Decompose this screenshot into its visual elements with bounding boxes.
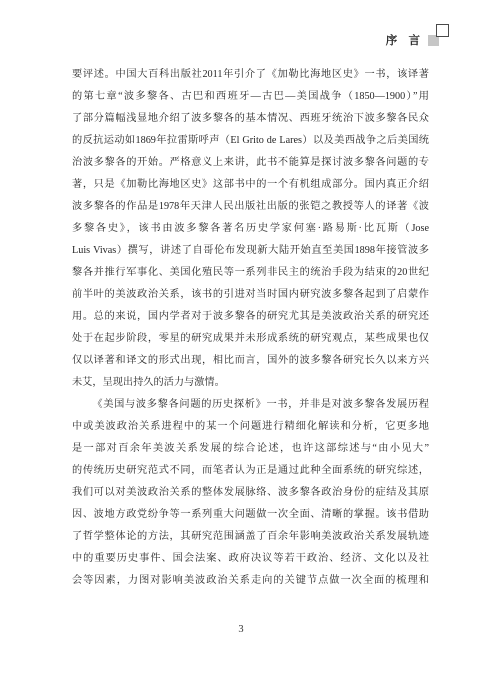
body-line: 用。总的来说，国内学者对于波多黎各的研究尤其是美波政治关系的研究还 [72, 306, 429, 328]
book-page: 序 言 要评述。中国大百科出版社2011年引介了《加勒比海地区史》一书，该译著的… [0, 0, 482, 693]
body-line: 多黎各史》，该书由波多黎各著名历史学家何塞·路易斯·比瓦斯（Jose [72, 218, 429, 240]
page-footer: 3 [0, 622, 482, 638]
body-line: 处于在起步阶段，零星的研究成果并未形成系统的研究观点，某些成果也仅 [72, 328, 429, 350]
body-line: 的传统历史研究范式不同，而笔者认为正是通过此种全面系统的研究综述， [72, 460, 429, 482]
body-line: 黎各并推行军事化、美国化殖民等一系列非民主的统治手段为结束的20世纪 [72, 262, 429, 284]
body-line: 的第七章“波多黎各、古巴和西班牙—古巴—美国战争（1850—1900）”用 [72, 86, 429, 108]
body-line: 是一部对百余年美波关系发展的综合论述，也许这部综述与“由小见大” [72, 438, 429, 460]
body-line: 会等因素，力图对影响美波政治关系走向的关键节点做一次全面的梳理和 [72, 570, 429, 592]
body-line: 了部分篇幅浅显地介绍了波多黎各的基本情况、西班牙统治下波多黎各民众 [72, 108, 429, 130]
body-line: 治波多黎各的开始。严格意义上来讲，此书不能算是探讨波多黎各问题的专 [72, 152, 429, 174]
body-line: 前半叶的美波政治关系，该书的引进对当时国内研究波多黎各起到了启蒙作 [72, 284, 429, 306]
body-line: Luis Vivas）撰写，讲述了自哥伦布发现新大陆开始直至美国1898年接管波… [72, 240, 429, 262]
body-text: 要评述。中国大百科出版社2011年引介了《加勒比海地区史》一书，该译著的第七章“… [72, 64, 429, 592]
outlined-square-icon [436, 24, 449, 37]
body-line: 波多黎各的作品是1978年天津人民出版社出版的张铠之教授等人的译著《波 [72, 196, 429, 218]
body-line: 我们可以对美波政治关系的整体发展脉络、波多黎各政治身份的症结及其原 [72, 482, 429, 504]
body-line: 著，只是《加勒比海地区史》这部书中的一个有机组成部分。国内真正介绍 [72, 174, 429, 196]
body-line: 因、波地方政党纷争等一系列重大问题做一次全面、清晰的掌握。该书借助 [72, 504, 429, 526]
body-line: 《美国与波多黎各问题的历史探析》一书，并非是对波多黎各发展历程 [72, 394, 429, 416]
running-header-title: 序 言 [386, 34, 424, 48]
header-squares-ornament-icon [428, 24, 450, 50]
body-line: 中或美波政治关系进程中的某一个问题进行精细化解读和分析，它更多地 [72, 416, 429, 438]
page-number: 3 [238, 624, 243, 635]
body-line: 要评述。中国大百科出版社2011年引介了《加勒比海地区史》一书，该译著 [72, 64, 429, 86]
body-line: 仅以译著和译文的形式出现，相比而言，国外的波多黎各研究长久以来方兴 [72, 350, 429, 372]
body-line: 了哲学整体论的方法，其研究范围涵盖了百余年影响美波政治关系发展轨迹 [72, 526, 429, 548]
body-line: 未艾，呈现出持久的活力与激情。 [72, 372, 429, 394]
body-line: 的反抗运动如1869年拉雷斯呼声（El Grito de Lares）以及美西战… [72, 130, 429, 152]
body-line: 中的重要历史事件、国会法案、政府决议等若干政治、经济、文化以及社 [72, 548, 429, 570]
